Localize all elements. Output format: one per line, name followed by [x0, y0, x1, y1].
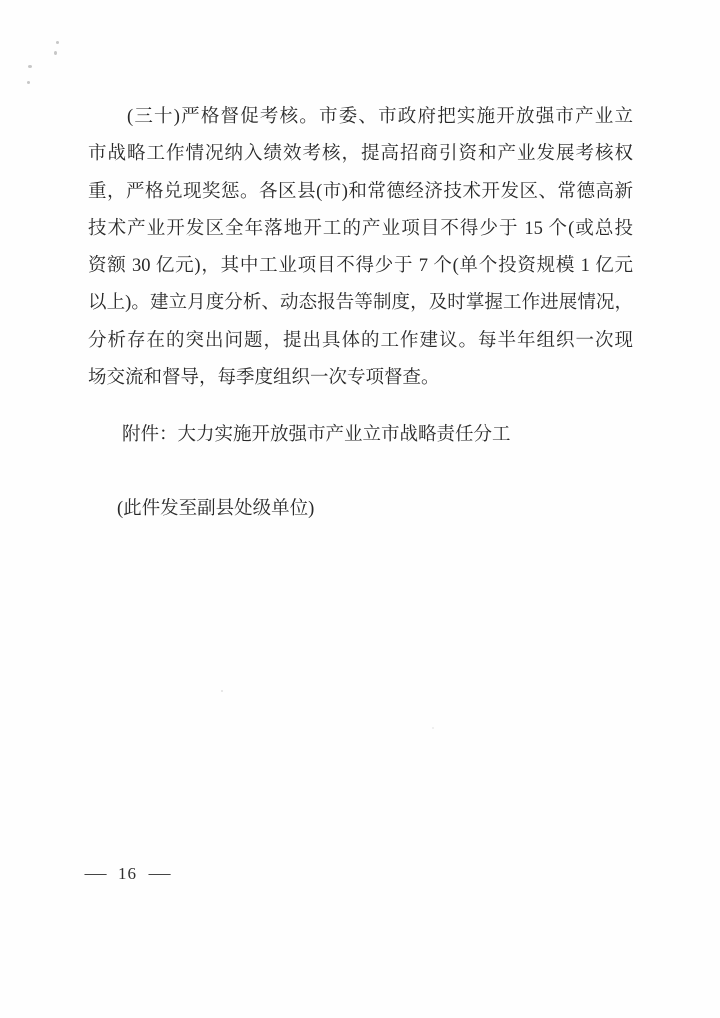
document-page: (三十)严格督促考核。市委、市政府把实施开放强市产业立 市战略工作情况纳入绩效考…	[0, 0, 720, 1018]
paragraph-line: 市战略工作情况纳入绩效考核，提高招商引资和产业发展考核权	[88, 136, 633, 173]
distribution-note: (此件发至副县处级单位)	[117, 491, 314, 528]
paragraph-line: 分析存在的突出问题，提出具体的工作建议。每半年组织一次现	[88, 323, 633, 360]
attachment-line: 附件：大力实施开放强市产业立市战略责任分工	[122, 417, 511, 454]
paragraph-line: 场交流和督导，每季度组织一次专项督查。	[88, 360, 633, 397]
footer-dash-right: —	[149, 862, 171, 886]
scan-speck	[28, 65, 32, 68]
paragraph-line: (三十)严格督促考核。市委、市政府把实施开放强市产业立	[88, 99, 633, 136]
paragraph-line: 重，严格兑现奖惩。各区县(市)和常德经济技术开发区、常德高新	[88, 174, 633, 211]
paragraph-line: 技术产业开发区全年落地开工的产业项目不得少于 15 个(或总投	[88, 211, 633, 248]
scan-speck	[432, 727, 434, 729]
scan-speck	[56, 41, 59, 44]
page-footer: — 16 —	[86, 862, 169, 886]
paragraph-line: 资额 30 亿元)，其中工业项目不得少于 7 个(单个投资规模 1 亿元	[88, 248, 633, 285]
paragraph-line: 以上)。建立月度分析、动态报告等制度，及时掌握工作进展情况，	[88, 285, 633, 322]
scan-speck	[27, 81, 30, 84]
scan-speck	[54, 51, 57, 55]
page-number: 16	[118, 862, 137, 886]
main-paragraph: (三十)严格督促考核。市委、市政府把实施开放强市产业立 市战略工作情况纳入绩效考…	[88, 99, 633, 397]
scan-speck	[221, 690, 223, 692]
footer-dash-left: —	[85, 862, 107, 886]
